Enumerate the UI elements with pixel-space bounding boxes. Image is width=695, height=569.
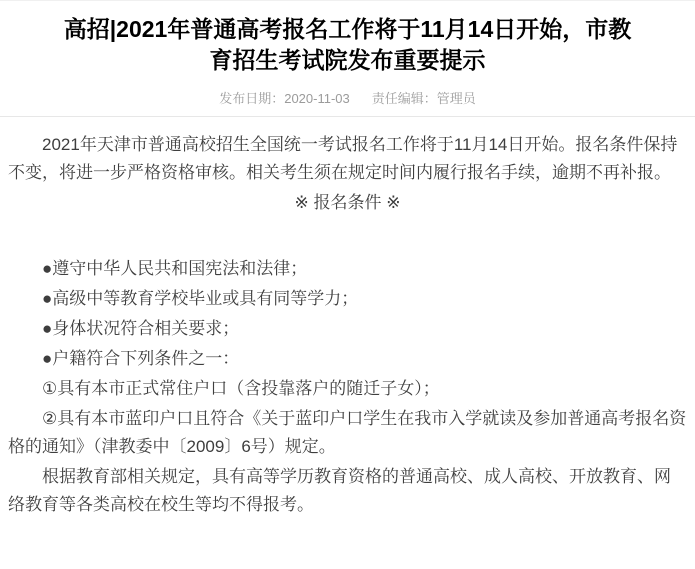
header-divider	[0, 116, 695, 117]
condition-text: 遵守中华人民共和国宪法和法律；	[52, 259, 307, 278]
bullet-icon: ●	[42, 259, 52, 278]
section-title: ※ 报名条件 ※	[8, 189, 687, 217]
article-page: 高招|2021年普通高考报名工作将于11月14日开始，市教育招生考试院发布重要提…	[0, 0, 695, 569]
condition-item: ●高级中等教育学校毕业或具有同等学力；	[8, 285, 687, 313]
condition-item: ●户籍符合下列条件之一：	[8, 345, 687, 373]
editor-label: 责任编辑：	[372, 91, 437, 106]
condition-item: ●遵守中华人民共和国宪法和法律；	[8, 255, 687, 283]
editor-value: 管理员	[437, 91, 476, 106]
household-item: ①具有本市正式常住户口（含投靠落户的随迁子女）；	[8, 375, 687, 403]
blank-line-spacer	[8, 219, 687, 253]
article-body: 2021年天津市普通高校招生全国统一考试报名工作将于11月14日开始。报名条件保…	[0, 131, 695, 519]
page-title: 高招|2021年普通高考报名工作将于11月14日开始，市教育招生考试院发布重要提…	[53, 14, 643, 76]
condition-text: 户籍符合下列条件之一：	[52, 349, 239, 368]
household-item: ②具有本市蓝印户口且符合《关于蓝印户口学生在我市入学就读及参加普通高考报名资格的…	[8, 405, 687, 461]
publish-date-label: 发布日期：	[219, 91, 284, 106]
closing-paragraph: 根据教育部相关规定，具有高等学历教育资格的普通高校、成人高校、开放教育、网络教育…	[8, 463, 687, 519]
bullet-icon: ●	[42, 319, 52, 338]
condition-text: 高级中等教育学校毕业或具有同等学力；	[52, 289, 358, 308]
condition-item: ●身体状况符合相关要求；	[8, 315, 687, 343]
bullet-icon: ●	[42, 289, 52, 308]
article-meta: 发布日期：2020-11-03责任编辑：管理员	[0, 90, 695, 107]
bullet-icon: ●	[42, 349, 52, 368]
intro-paragraph: 2021年天津市普通高校招生全国统一考试报名工作将于11月14日开始。报名条件保…	[8, 131, 687, 187]
publish-date-value: 2020-11-03	[284, 91, 350, 106]
condition-text: 身体状况符合相关要求；	[52, 319, 239, 338]
